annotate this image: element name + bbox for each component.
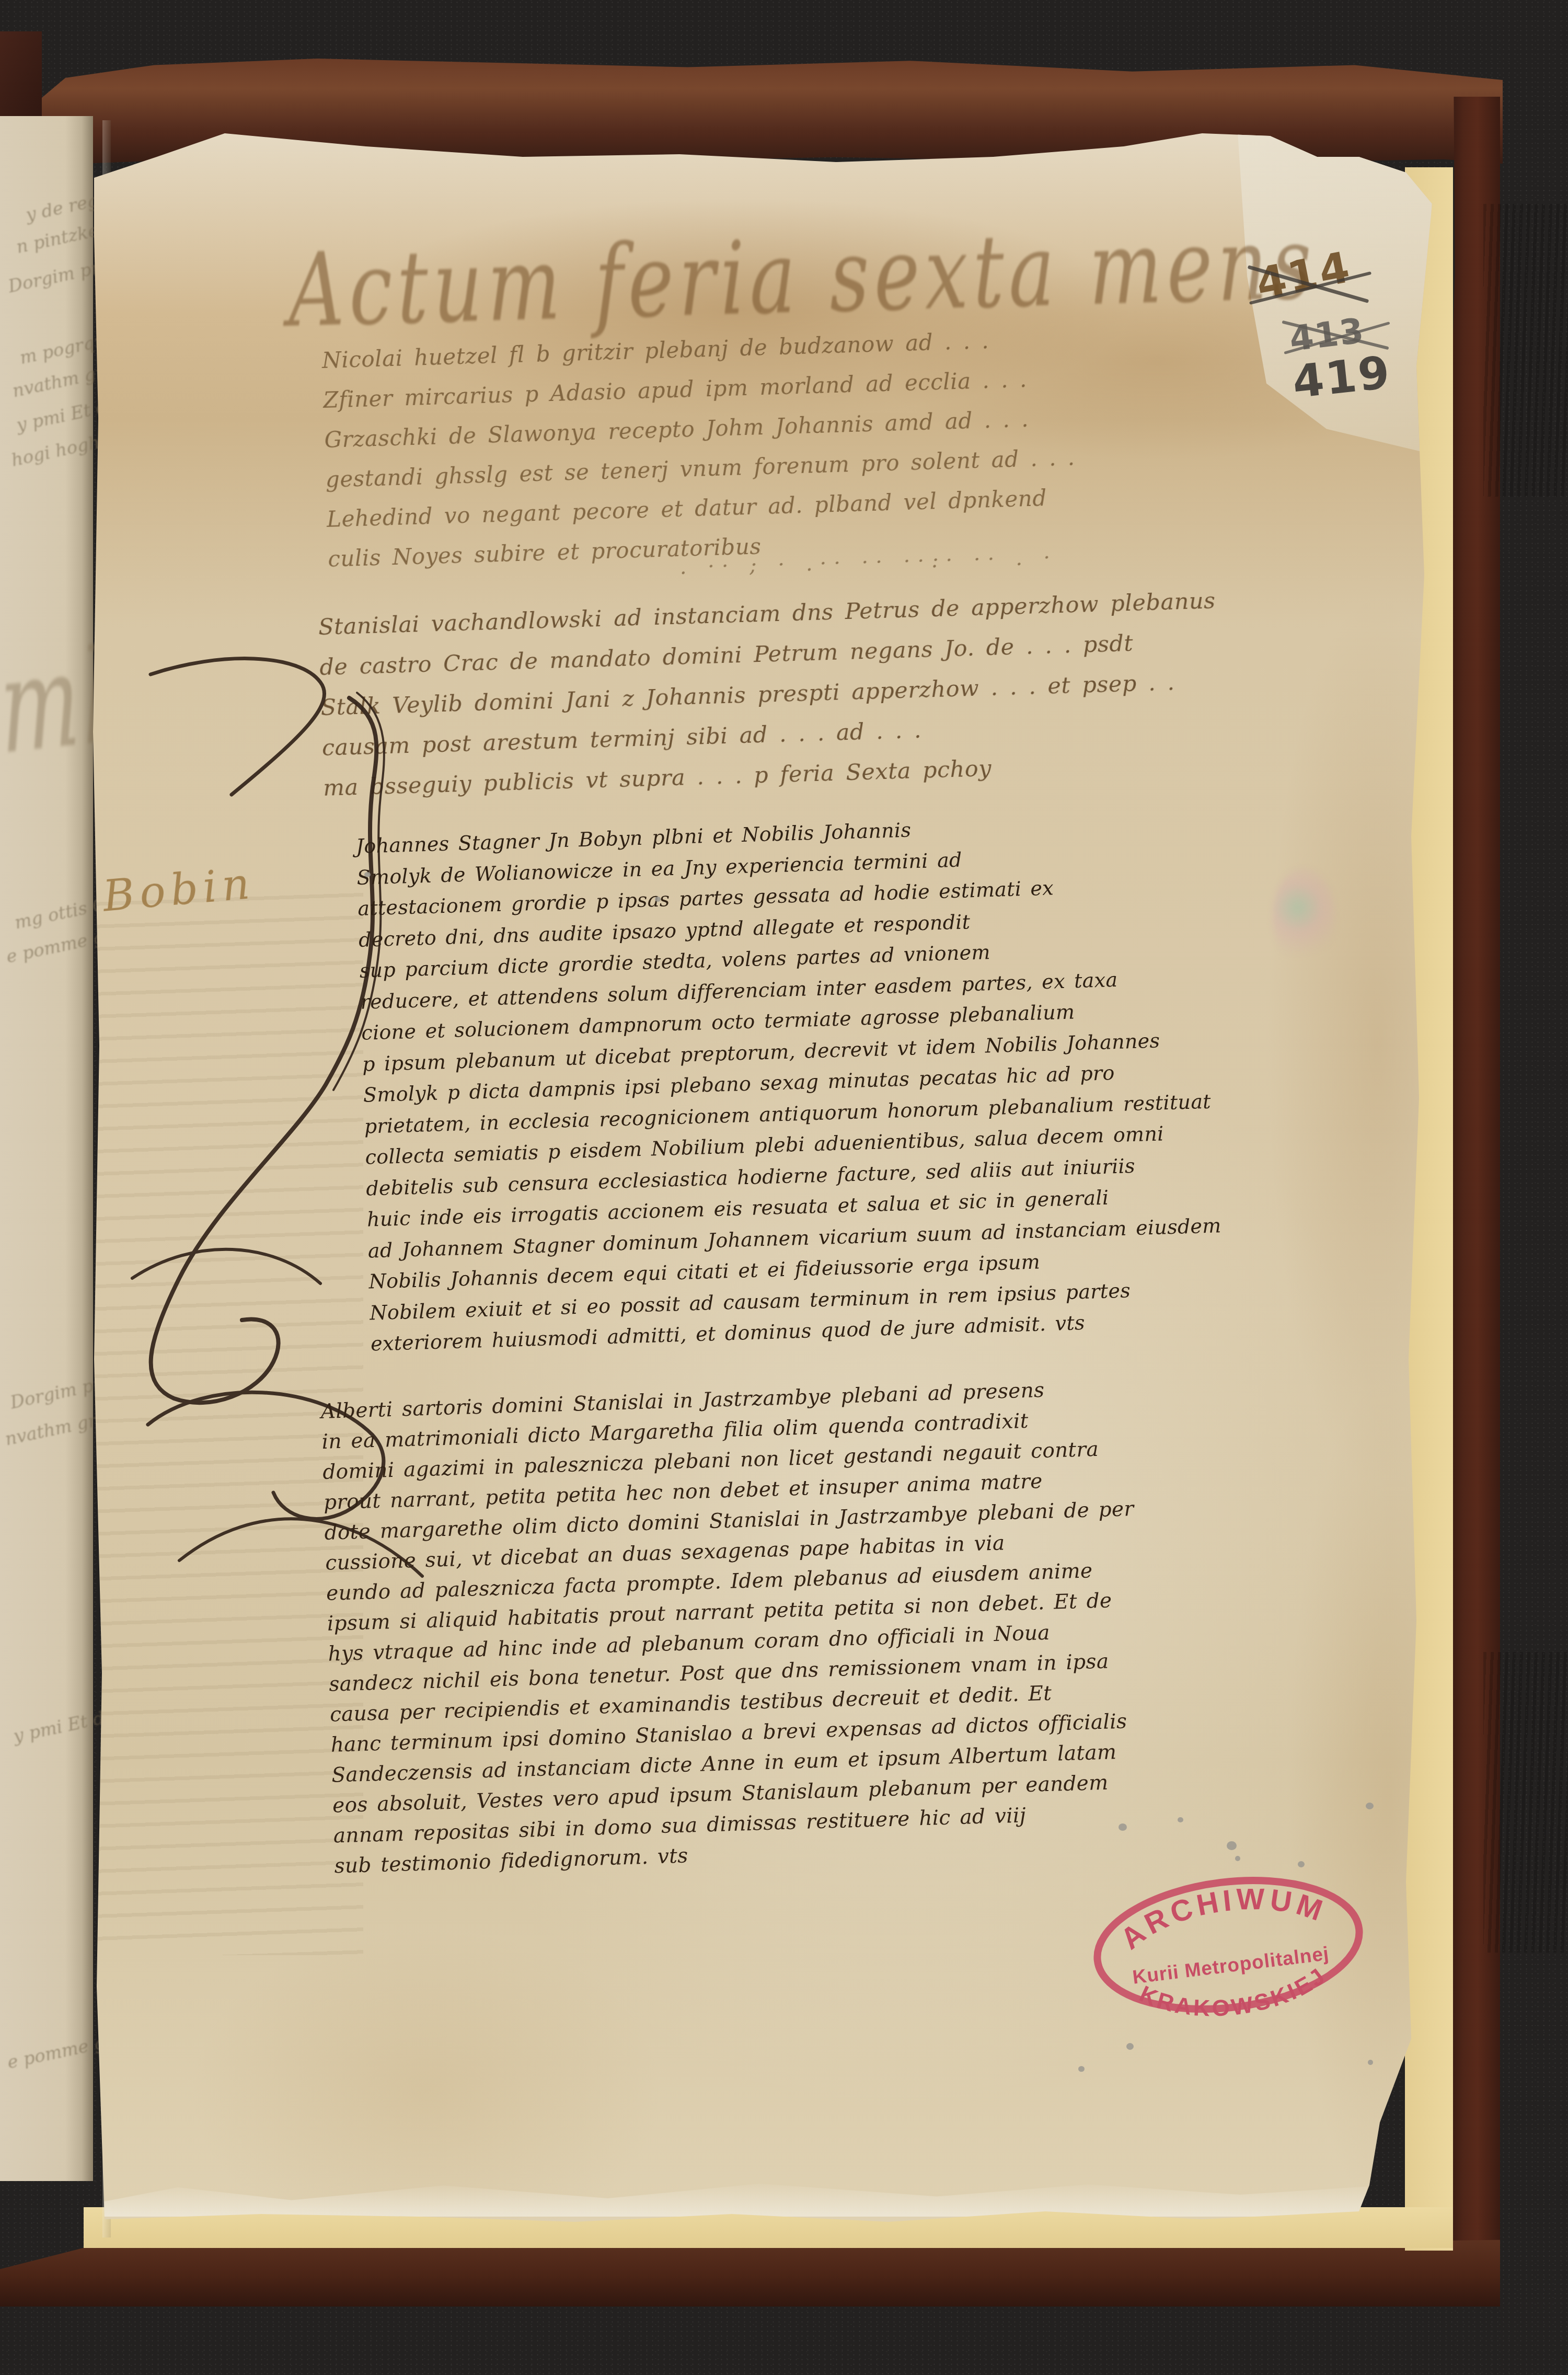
manuscript-scan: y de reghin n pintzke Dorgim prid m pogr… xyxy=(0,0,1568,2375)
paragraph-4: Alberti sartoris domini Stanislai in Jas… xyxy=(320,1373,1144,1882)
mold-speck xyxy=(364,872,371,877)
paragraph-3: Johannes Stagner Jn Bobyn plbni et Nobil… xyxy=(355,806,1225,1360)
leather-strap-lower xyxy=(1483,1652,1568,1953)
manuscript-page: Actum feria sexta mens Nicolai huetzel f… xyxy=(86,125,1437,2222)
bleedthrough-text: n pintzke xyxy=(15,220,100,258)
mold-speck xyxy=(1227,1841,1237,1850)
page-number-current-419: 419 xyxy=(1290,346,1393,408)
mold-speck xyxy=(1178,1817,1183,1822)
mold-speck xyxy=(1078,2066,1085,2072)
mold-speck xyxy=(655,897,661,902)
mold-speck xyxy=(1366,1803,1374,1809)
mold-speck xyxy=(1235,1856,1240,1861)
paragraph-2: Stanislai vachandlowski ad instanciam dn… xyxy=(318,581,1221,809)
color-smudge xyxy=(1273,868,1335,967)
torn-bottom-edge xyxy=(102,2180,1367,2217)
mold-speck xyxy=(1119,1823,1127,1831)
mold-speck xyxy=(1368,2060,1373,2065)
archive-stamp: ARCHIWUM Kurii Metropolitalnej KRAKOWSKI… xyxy=(1074,1849,1383,2040)
book-cover-bottom-edge xyxy=(0,2239,1500,2307)
previous-page-edge: y de reghin n pintzke Dorgim prid m pogr… xyxy=(0,116,93,2181)
mold-speck xyxy=(1126,2043,1134,2050)
paragraph-1: Nicolai huetzel fl b gritzir plebanj de … xyxy=(321,318,1078,579)
leather-strap-upper xyxy=(1483,204,1568,497)
